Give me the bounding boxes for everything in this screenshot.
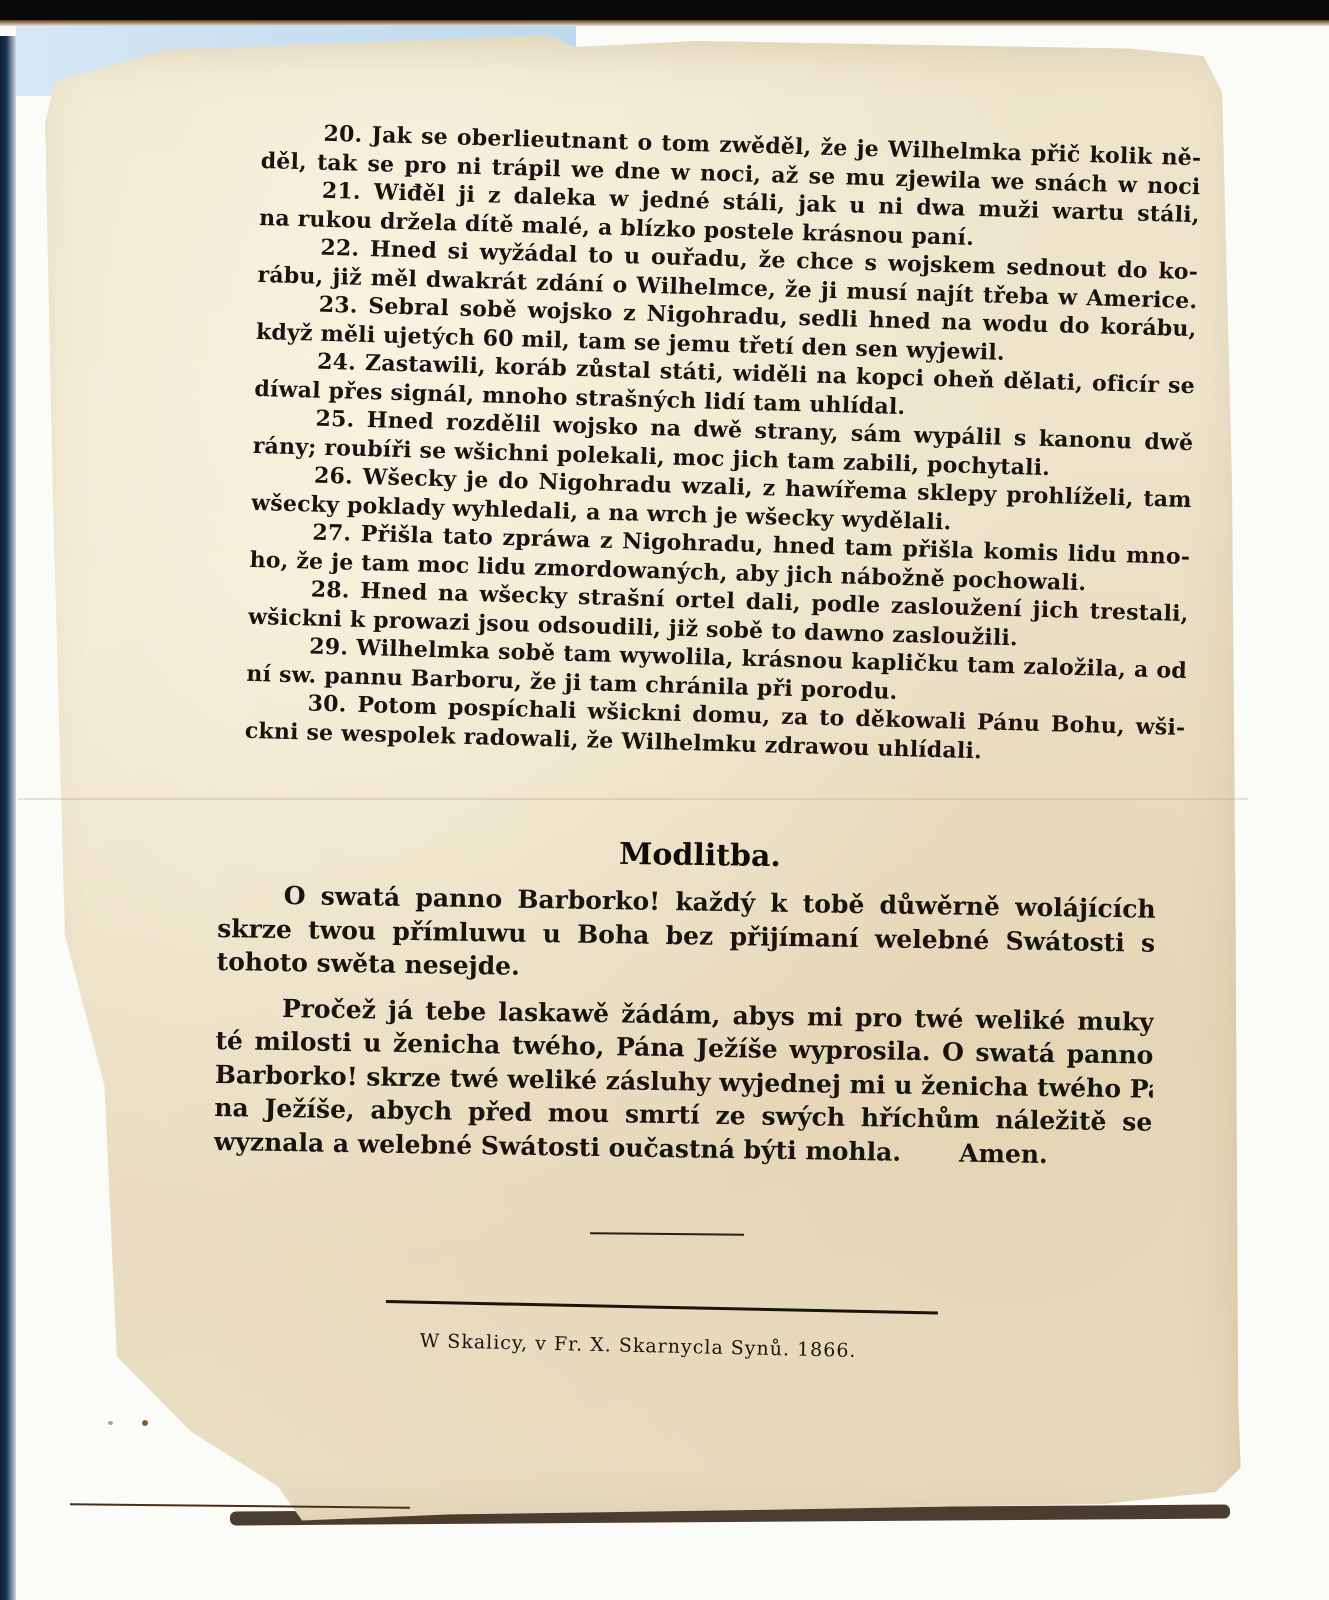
verse-number: 30. bbox=[307, 691, 347, 718]
prayer-heading: Modlitba. bbox=[600, 837, 800, 875]
verse-number: 27. bbox=[312, 520, 352, 547]
verse-number: 28. bbox=[310, 577, 350, 604]
printed-content: 20. Jak se oberlieutnant o tom zwěděl, ž… bbox=[0, 0, 1329, 1600]
verse-number: 26. bbox=[314, 463, 354, 490]
printer-imprint: W Skalicy, v Fr. X. Skarnycla Synů. 1866… bbox=[420, 1330, 920, 1363]
verse-number: 23. bbox=[318, 292, 358, 319]
verse-number: 22. bbox=[320, 235, 360, 262]
prayer-amen: Amen. bbox=[959, 1136, 1048, 1171]
verse-number: 29. bbox=[309, 634, 349, 661]
verse-number: 25. bbox=[315, 406, 355, 433]
verse-number: 24. bbox=[317, 349, 357, 376]
separator-short-rule bbox=[590, 1232, 744, 1236]
verse-number: 20. bbox=[323, 121, 363, 148]
verses-section: 20. Jak se oberlieutnant o tom zwěděl, ž… bbox=[244, 118, 1201, 771]
scanned-page-scene: 20. Jak se oberlieutnant o tom zwěděl, ž… bbox=[0, 0, 1329, 1600]
verse-number: 21. bbox=[322, 178, 362, 205]
separator-long-rule bbox=[386, 1300, 938, 1315]
prayer-body: O swatá panno Barborko! každý k tobě důw… bbox=[214, 878, 1156, 1173]
